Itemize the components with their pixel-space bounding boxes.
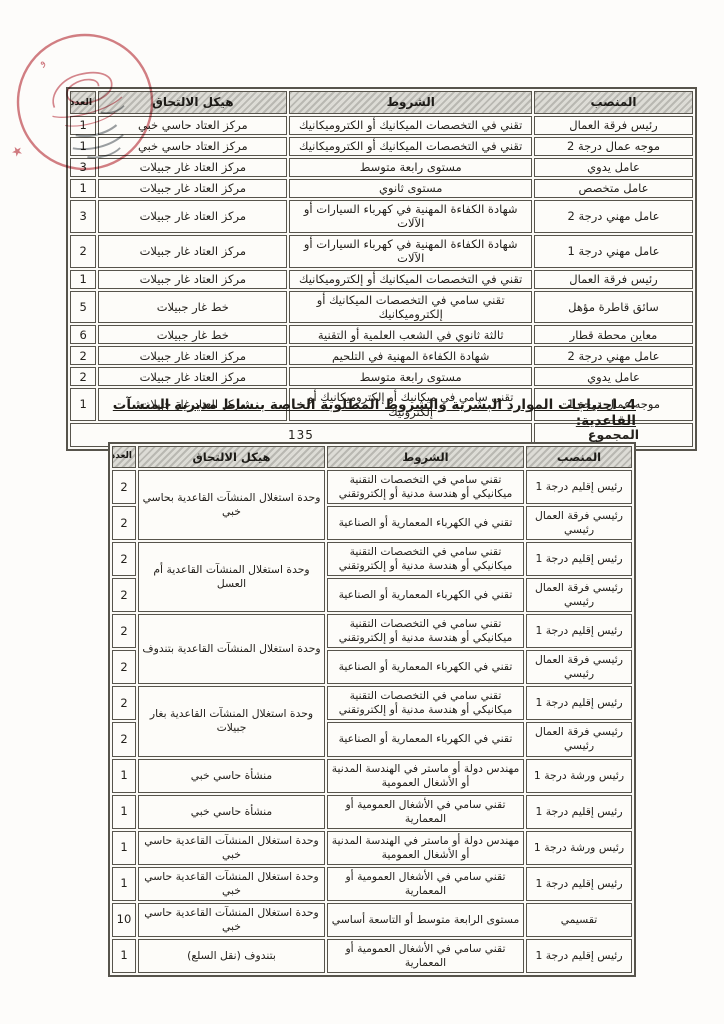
- cell-conditions: مستوى رابعة متوسط: [289, 367, 532, 386]
- header-cell-structure: هيكل الالتحاق: [98, 91, 287, 114]
- table-row: سائق قاطرة مؤهلتقني سامي في التخصصات الم…: [70, 291, 693, 324]
- cell-conditions: تقني سامي في التخصصات التقنية ميكانيكي أ…: [327, 470, 524, 504]
- cell-count: 10: [112, 903, 136, 937]
- cell-conditions: مهندس دولة أو ماستر في الهندسة المدنية أ…: [327, 759, 524, 793]
- cell-count: 3: [70, 200, 96, 233]
- cell-count: 2: [70, 346, 96, 365]
- cell-conditions: تقني في التخصصات الميكانيك أو الكتروميكا…: [289, 137, 532, 156]
- cell-position: موجه عمال درجة 2: [534, 137, 693, 156]
- cell-count: 1: [70, 270, 96, 289]
- table-row: موجه عمال درجة 2تقني في التخصصات الميكان…: [70, 137, 693, 156]
- cell-conditions: شهادة الكفاءة المهنية في التلحيم: [289, 346, 532, 365]
- cell-conditions: تقني سامي في الأشغال العمومية أو المعمار…: [327, 939, 524, 973]
- header-cell-structure: هيكل الالتحاق: [138, 446, 325, 468]
- table-row: رئيس إقليم درجة 1تقني سامي في الأشغال ال…: [112, 867, 632, 901]
- cell-count: 2: [112, 686, 136, 720]
- cell-conditions: مستوى الرابعة متوسط أو التاسعة أساسي: [327, 903, 524, 937]
- cell-position: معاين محطة قطار: [534, 325, 693, 344]
- cell-count: 2: [112, 542, 136, 576]
- cell-position: عامل مهني درجة 2: [534, 200, 693, 233]
- cell-conditions: شهادة الكفاءة المهنية في كهرباء السيارات…: [289, 200, 532, 233]
- cell-structure: مركز العتاد غار جبيلات: [98, 179, 287, 198]
- cell-count: 2: [70, 235, 96, 268]
- cell-position: رئيس فرقة العمال: [534, 270, 693, 289]
- cell-count: 2: [112, 722, 136, 756]
- cell-structure: وحدة استغلال المنشآت القاعدية بحاسي خبي: [138, 470, 325, 540]
- cell-position: رئيس إقليم درجة 1: [526, 795, 632, 829]
- table-header-row: المنصب الشروط هيكل الالتحاق العدد: [70, 91, 693, 114]
- cell-structure: وحدة استغلال المنشآت القاعدية بغار جبيلا…: [138, 686, 325, 756]
- cell-conditions: مستوى رابعة متوسط: [289, 158, 532, 177]
- cell-position: رئيسي فرقة العمال رئيسي: [526, 506, 632, 540]
- cell-position: سائق قاطرة مؤهل: [534, 291, 693, 324]
- stamp-star-icon: ★: [9, 143, 26, 162]
- table-row: عامل يدويمستوى رابعة متوسطمركز العتاد غا…: [70, 158, 693, 177]
- table-row: عامل يدويمستوى رابعة متوسطمركز العتاد غا…: [70, 367, 693, 386]
- cell-structure: مركز العتاد غار جبيلات: [98, 235, 287, 268]
- cell-structure: مركز العتاد غار جبيلات: [98, 346, 287, 365]
- cell-conditions: تقني في الكهرباء المعمارية أو الصناعية: [327, 650, 524, 684]
- table-row: رئيس ورشة درجة 1مهندس دولة أو ماستر في ا…: [112, 831, 632, 865]
- cell-position: عامل يدوي: [534, 367, 693, 386]
- cell-count: 2: [112, 506, 136, 540]
- cell-structure: مركز العتاد غار جبيلات: [98, 367, 287, 386]
- table-row: عامل متخصصمستوى ثانويمركز العتاد غار جبي…: [70, 179, 693, 198]
- stamp-rim-text: وزارة العمل و التشغيل و الضمان الاجتماعي: [0, 38, 48, 140]
- cell-position: رئيس إقليم درجة 1: [526, 867, 632, 901]
- cell-conditions: تقني في الكهرباء المعمارية أو الصناعية: [327, 506, 524, 540]
- cell-structure: خط غار جبيلات: [98, 325, 287, 344]
- cell-count: 1: [112, 939, 136, 973]
- cell-conditions: تقني في التخصصات الميكانيك أو الكتروميكا…: [289, 116, 532, 135]
- cell-count: 5: [70, 291, 96, 324]
- table-row: رئيس إقليم درجة 1تقني سامي في الأشغال ال…: [112, 795, 632, 829]
- table-row: رئيس إقليم درجة 1تقني سامي في التخصصات ا…: [112, 542, 632, 576]
- scanned-document-page: المنصب الشروط هيكل الالتحاق العدد رئيس ف…: [0, 0, 724, 1024]
- cell-position: تقسيمي: [526, 903, 632, 937]
- table-row: رئيس فرقة العمالتقني في التخصصات الميكان…: [70, 270, 693, 289]
- cell-conditions: تقني سامي في التخصصات التقنية ميكانيكي أ…: [327, 614, 524, 648]
- cell-position: رئيس إقليم درجة 1: [526, 542, 632, 576]
- cell-count: 1: [112, 867, 136, 901]
- cell-position: عامل مهني درجة 2: [534, 346, 693, 365]
- table-row: رئيس إقليم درجة 1تقني سامي في التخصصات ا…: [112, 470, 632, 504]
- cell-conditions: مهندس دولة أو ماستر في الهندسة المدنية أ…: [327, 831, 524, 865]
- header-cell-position: المنصب: [526, 446, 632, 468]
- header-cell-position: المنصب: [534, 91, 693, 114]
- table-row: تقسيميمستوى الرابعة متوسط أو التاسعة أسا…: [112, 903, 632, 937]
- cell-count: 1: [112, 831, 136, 865]
- cell-structure: مركز العتاد حاسي خبي: [98, 137, 287, 156]
- cell-structure: وحدة استغلال المنشآت القاعدية حاسي خبي: [138, 903, 325, 937]
- header-cell-conditions: الشروط: [289, 91, 532, 114]
- cell-count: 2: [112, 614, 136, 648]
- cell-position: رئيس إقليم درجة 1: [526, 470, 632, 504]
- cell-position: عامل مهني درجة 1: [534, 235, 693, 268]
- table-row: رئيس إقليم درجة 1تقني سامي في التخصصات ا…: [112, 614, 632, 648]
- cell-position: رئيس ورشة درجة 1: [526, 759, 632, 793]
- cell-position: رئيسي فرقة العمال رئيسي: [526, 650, 632, 684]
- cell-count: 1: [70, 116, 96, 135]
- cell-position: رئيس ورشة درجة 1: [526, 831, 632, 865]
- cell-count: 3: [70, 158, 96, 177]
- cell-count: 2: [112, 470, 136, 504]
- table-row: رئيس فرقة العمالتقني في التخصصات الميكان…: [70, 116, 693, 135]
- table-header-row: المنصب الشروط هيكل الالتحاق العدد: [112, 446, 632, 468]
- cell-structure: خط غار جبيلات: [98, 291, 287, 324]
- cell-count: 2: [112, 578, 136, 612]
- cell-structure: وحدة استغلال المنشآت القاعدية حاسي خبي: [138, 867, 325, 901]
- cell-position: رئيس إقليم درجة 1: [526, 939, 632, 973]
- cell-conditions: شهادة الكفاءة المهنية في كهرباء السيارات…: [289, 235, 532, 268]
- cell-position: رئيس إقليم درجة 1: [526, 614, 632, 648]
- table-row: رئيس ورشة درجة 1مهندس دولة أو ماستر في ا…: [112, 759, 632, 793]
- table1-body: رئيس فرقة العمالتقني في التخصصات الميكان…: [70, 116, 693, 421]
- table-row: معاين محطة قطارثالثة ثانوي في الشعب العل…: [70, 325, 693, 344]
- cell-position: عامل متخصص: [534, 179, 693, 198]
- table-row: رئيس إقليم درجة 1تقني سامي في الأشغال ال…: [112, 939, 632, 973]
- cell-conditions: تقني سامي في الأشغال العمومية أو المعمار…: [327, 795, 524, 829]
- table-row: عامل مهني درجة 2شهادة الكفاءة المهنية في…: [70, 200, 693, 233]
- cell-structure: بتندوف (نقل السلع): [138, 939, 325, 973]
- cell-conditions: تقني سامي في الأشغال العمومية أو المعمار…: [327, 867, 524, 901]
- cell-structure: وحدة استغلال المنشآت القاعدية أم العسل: [138, 542, 325, 612]
- cell-position: عامل يدوي: [534, 158, 693, 177]
- cell-conditions: مستوى ثانوي: [289, 179, 532, 198]
- cell-structure: وحدة استغلال المنشآت القاعدية بتندوف: [138, 614, 325, 684]
- header-cell-count: العدد: [112, 446, 136, 468]
- cell-position: رئيس إقليم درجة 1: [526, 686, 632, 720]
- cell-structure: مركز العتاد غار جبيلات: [98, 270, 287, 289]
- cell-count: 1: [112, 795, 136, 829]
- cell-count: 2: [112, 650, 136, 684]
- table-row: رئيس إقليم درجة 1تقني سامي في التخصصات ا…: [112, 686, 632, 720]
- cell-conditions: تقني في الكهرباء المعمارية أو الصناعية: [327, 722, 524, 756]
- cell-conditions: تقني سامي في التخصصات التقنية ميكانيكي أ…: [327, 542, 524, 576]
- cell-conditions: تقني في التخصصات الميكانيك أو إلكتروميكا…: [289, 270, 532, 289]
- table2-body: رئيس إقليم درجة 1تقني سامي في التخصصات ا…: [112, 470, 632, 973]
- cell-conditions: تقني سامي في التخصصات التقنية ميكانيكي أ…: [327, 686, 524, 720]
- cell-structure: مركز العتاد غار جبيلات: [98, 200, 287, 233]
- cell-count: 1: [70, 179, 96, 198]
- cell-position: رئيسي فرقة العمال رئيسي: [526, 578, 632, 612]
- table-row: عامل مهني درجة 2شهادة الكفاءة المهنية في…: [70, 346, 693, 365]
- cell-structure: منشأة حاسي خبي: [138, 795, 325, 829]
- cell-position: رئيسي فرقة العمال رئيسي: [526, 722, 632, 756]
- cell-count: 6: [70, 325, 96, 344]
- cell-position: رئيس فرقة العمال: [534, 116, 693, 135]
- cell-structure: وحدة استغلال المنشآت القاعدية حاسي خبي: [138, 831, 325, 865]
- table-row: عامل مهني درجة 1شهادة الكفاءة المهنية في…: [70, 235, 693, 268]
- cell-conditions: ثالثة ثانوي في الشعب العلمية أو التقنية: [289, 325, 532, 344]
- header-cell-count: العدد: [70, 91, 96, 114]
- cell-structure: منشأة حاسي خبي: [138, 759, 325, 793]
- cell-structure: مركز العتاد حاسي خبي: [98, 116, 287, 135]
- header-cell-conditions: الشروط: [327, 446, 524, 468]
- cell-conditions: تقني سامي في التخصصات الميكانيك أو إلكتر…: [289, 291, 532, 324]
- cell-conditions: تقني في الكهرباء المعمارية أو الصناعية: [327, 578, 524, 612]
- staffing-table-infrastructure: المنصب الشروط هيكل الالتحاق العدد رئيس إ…: [108, 442, 636, 977]
- cell-count: 1: [112, 759, 136, 793]
- section-heading: 4. احتياجات الموارد البشرية والشروط المط…: [80, 397, 636, 429]
- cell-count: 2: [70, 367, 96, 386]
- cell-count: 1: [70, 137, 96, 156]
- cell-structure: مركز العتاد غار جبيلات: [98, 158, 287, 177]
